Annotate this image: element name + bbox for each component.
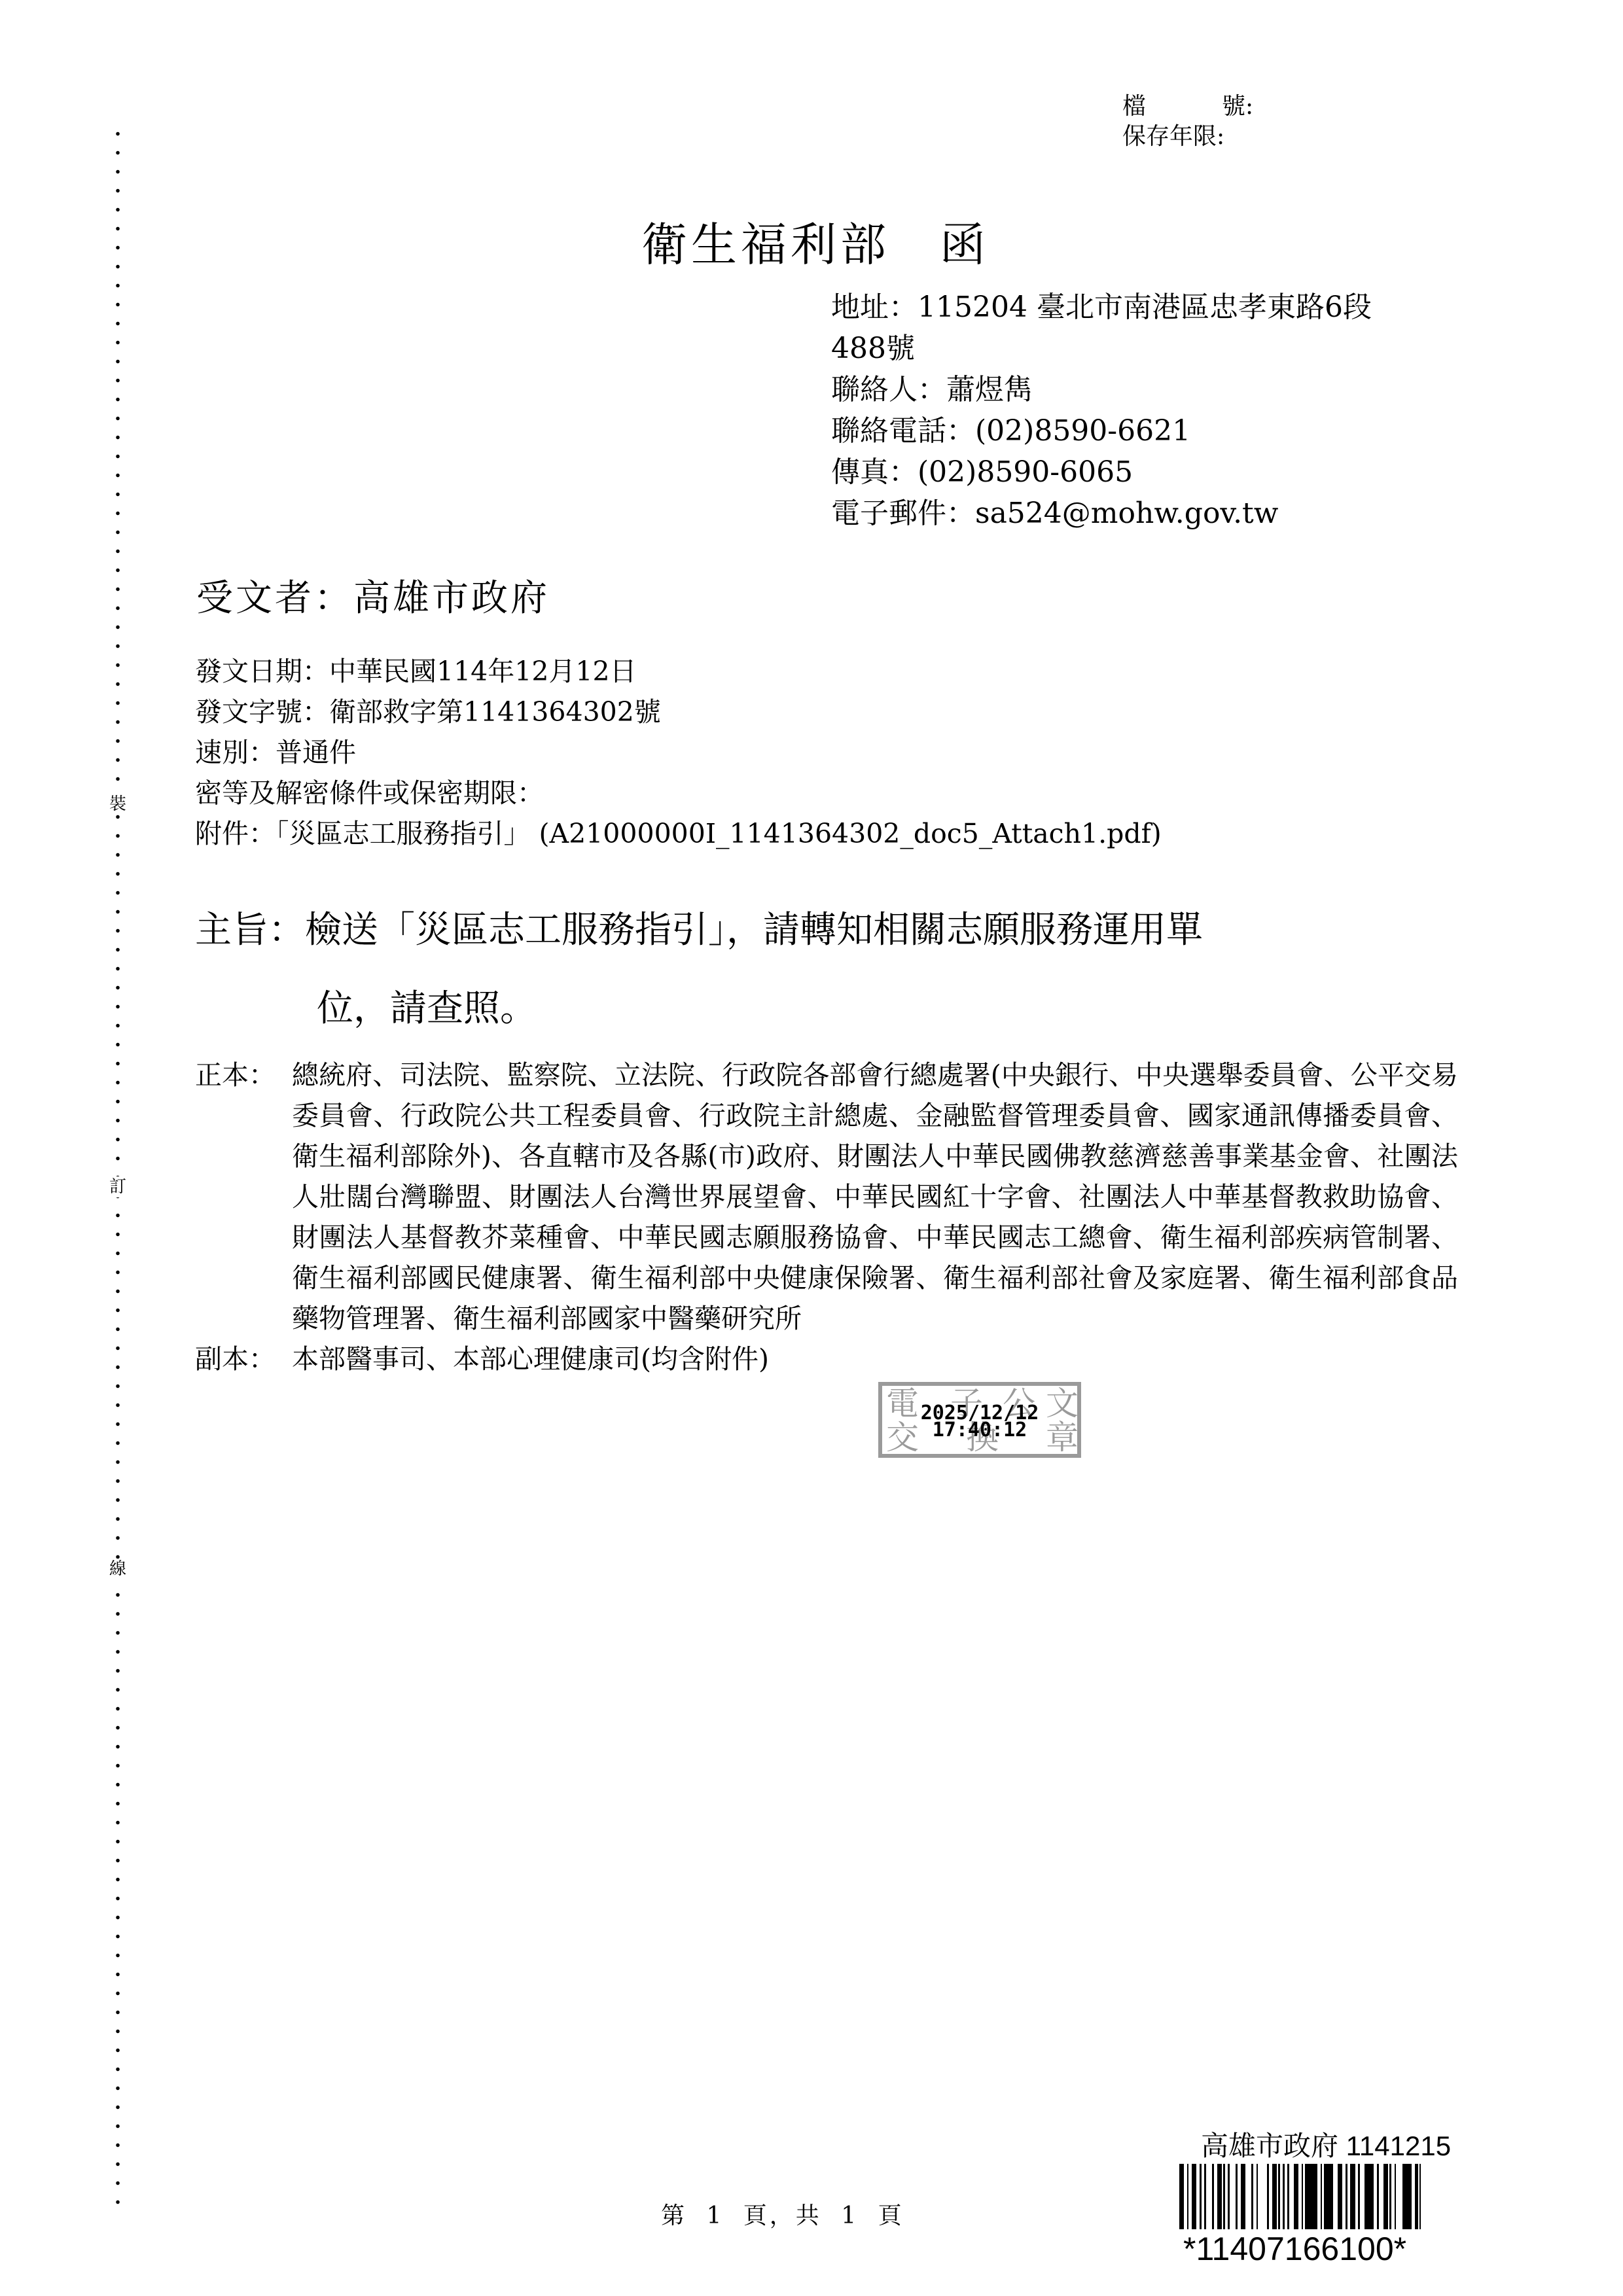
barcode-bar — [1241, 2164, 1245, 2229]
original-recipients: 正本： 總統府、司法院、監察院、立法院、行政院各部會行總處署(中央銀行、中央選舉… — [195, 1055, 1458, 1339]
attachment: 附件：「災區志工服務指引」 (A21000000I_1141364302_doc… — [195, 813, 1162, 854]
file-number-row: 檔 號 : — [1122, 92, 1253, 122]
barcode-bar — [1402, 2164, 1412, 2229]
stamp-time: 17:40:12 — [882, 1421, 1077, 1439]
contact-fax: 傳真：(02)8590-6065 — [831, 451, 1453, 493]
original-text: 總統府、司法院、監察院、立法院、行政院各部會行總處署(中央銀行、中央選舉委員會、… — [292, 1055, 1458, 1339]
barcode-bar — [1350, 2164, 1355, 2229]
barcode-bar — [1324, 2164, 1333, 2229]
copy-recipients: 副本： 本部醫事司、本部心理健康司(均含附件) — [195, 1339, 1458, 1379]
copy-label: 副本： — [195, 1339, 292, 1379]
barcode-bar — [1364, 2164, 1374, 2229]
file-number-label-a: 檔 — [1122, 92, 1146, 122]
subject-line-2: 位，請查照。 — [195, 970, 1438, 1048]
binding-margin-char: 訂 — [107, 1176, 128, 1197]
document-title: 衛生福利部 函 — [641, 208, 990, 274]
colon: : — [1245, 92, 1253, 122]
original-label: 正本： — [195, 1055, 292, 1339]
binding-margin-char: 線 — [107, 1559, 128, 1580]
barcode-bar — [1383, 2164, 1388, 2229]
barcode-bar — [1338, 2164, 1342, 2229]
barcode-bar — [1206, 2164, 1213, 2229]
retention-row: 保存年限 : — [1122, 122, 1253, 152]
barcode-bar — [1305, 2164, 1317, 2229]
file-meta: 檔 號 : 保存年限 : — [1122, 92, 1253, 152]
barcode-bar — [1272, 2164, 1277, 2229]
retention-label: 保存年限 — [1122, 122, 1217, 152]
address-line-1: 地址：115204 臺北市南港區忠孝東路6段 — [831, 287, 1453, 328]
issue-number: 發文字號：衛部救字第1141364302號 — [195, 692, 1162, 732]
priority: 速別：普通件 — [195, 732, 1162, 773]
barcode-bar — [1258, 2164, 1267, 2229]
binding-margin-char: 裝 — [107, 794, 128, 815]
contact-email: 電子郵件：sa524@mohw.gov.tw — [831, 493, 1453, 534]
barcode-bar — [1333, 2164, 1338, 2229]
page-number: 第 1 頁，共 1 頁 — [661, 2197, 904, 2231]
barcode-bar — [1192, 2164, 1196, 2229]
barcode-bar — [1217, 2164, 1222, 2229]
electronic-exchange-stamp: 電 子 公 文 交 換 章 2025/12/12 17:40:12 — [878, 1382, 1081, 1458]
barcode-bar — [1419, 2164, 1421, 2229]
document-meta: 發文日期：中華民國114年12月12日 發文字號：衛部救字第1141364302… — [195, 651, 1162, 854]
copy-text: 本部醫事司、本部心理健康司(均含附件) — [292, 1339, 769, 1379]
subject-line-1: 主旨：檢送「災區志工服務指引」，請轉知相關志願服務運用單 — [195, 891, 1438, 970]
barcode-bar — [1360, 2164, 1364, 2229]
distribution: 正本： 總統府、司法院、監察院、立法院、行政院各部會行總處署(中央銀行、中央選舉… — [195, 1055, 1458, 1379]
barcode-bar — [1289, 2164, 1294, 2229]
recipient: 受文者：高雄市政府 — [196, 569, 550, 622]
barcode-bar — [1179, 2164, 1184, 2229]
binding-margin-dots — [115, 124, 120, 2205]
colon: : — [1217, 122, 1224, 152]
issue-date: 發文日期：中華民國114年12月12日 — [195, 651, 1162, 692]
contact-person: 聯絡人：蕭煜雋 — [831, 369, 1453, 410]
contact-phone: 聯絡電話：(02)8590-6621 — [831, 410, 1453, 451]
barcode-bar — [1379, 2164, 1383, 2229]
barcode-label: 高雄市政府 1141215 — [1201, 2125, 1451, 2164]
subject: 主旨：檢送「災區志工服務指引」，請轉知相關志願服務運用單 位，請查照。 — [195, 891, 1438, 1048]
barcode-number: *11407166100* — [1183, 2230, 1406, 2268]
contact-block: 地址：115204 臺北市南港區忠孝東路6段 488號 聯絡人：蕭煜雋 聯絡電話… — [831, 287, 1453, 534]
barcode — [1179, 2164, 1421, 2229]
barcode-bar — [1245, 2164, 1252, 2229]
barcode-bar — [1294, 2164, 1298, 2229]
barcode-bar — [1230, 2164, 1236, 2229]
file-number-label-b: 號 — [1222, 92, 1245, 122]
address-line-2: 488號 — [831, 328, 1453, 369]
barcode-bar — [1396, 2164, 1402, 2229]
confidentiality: 密等及解密條件或保密期限： — [195, 773, 1162, 813]
